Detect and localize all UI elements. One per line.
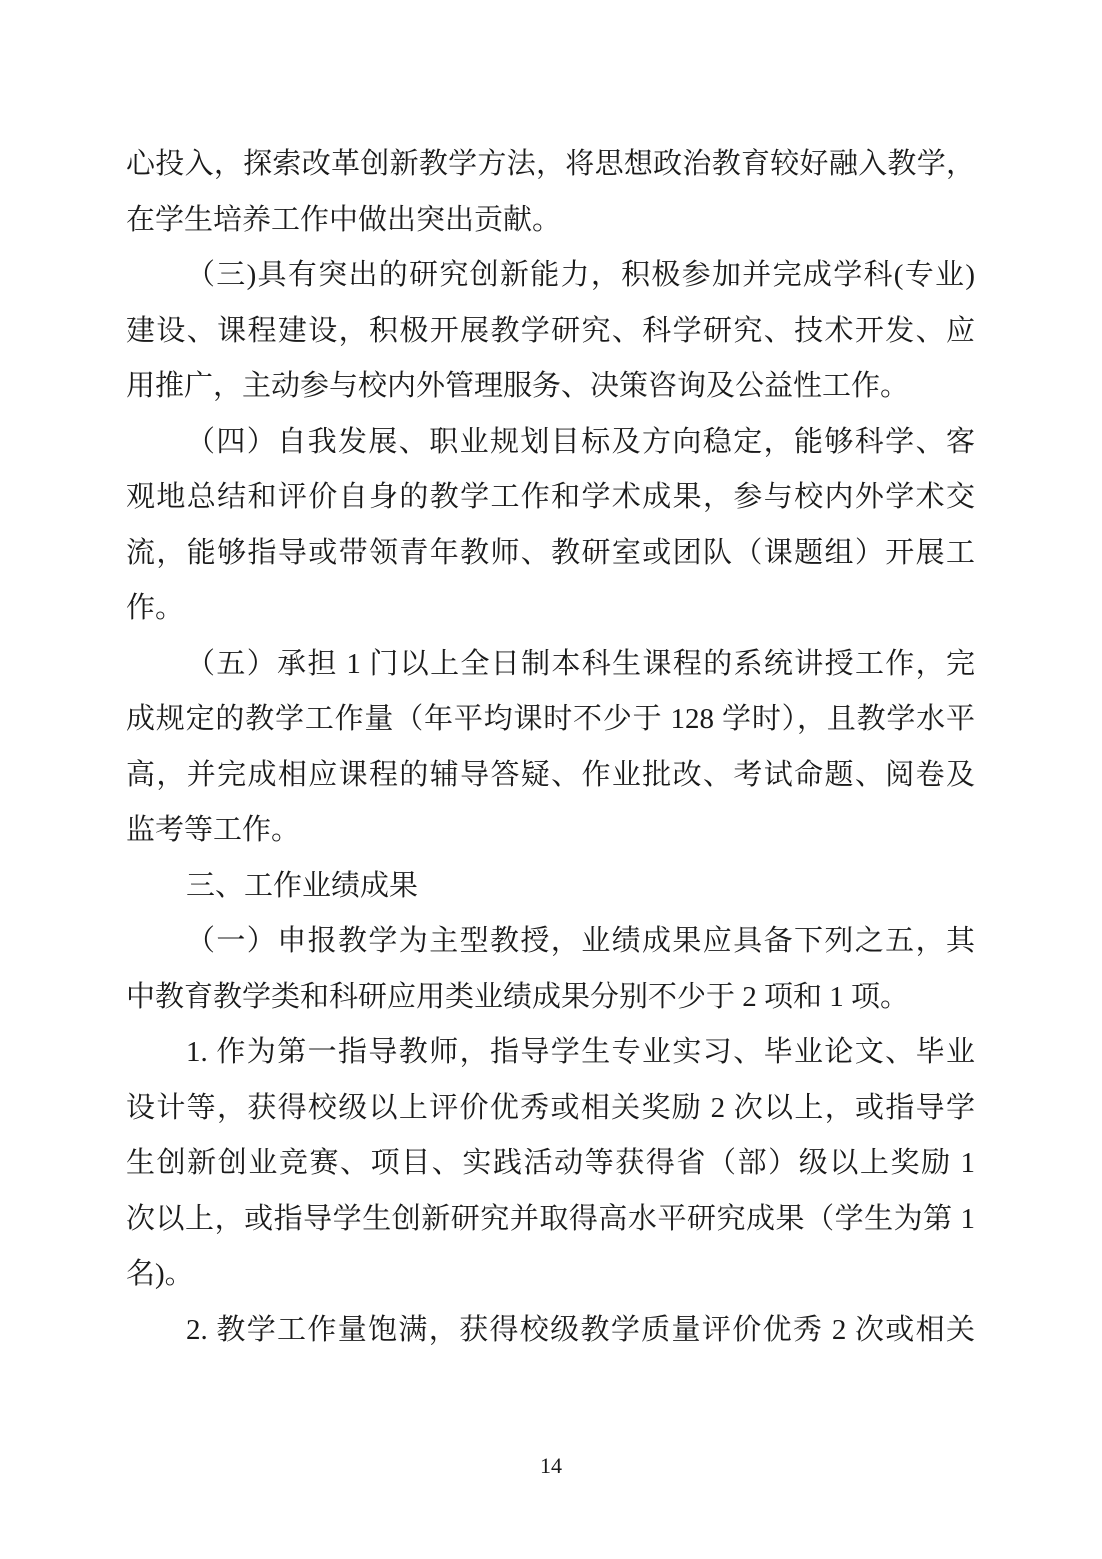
text-line: 设计等，获得校级以上评价优秀或相关奖励 2 次以上，或指导学 [126,1081,975,1137]
text-line: （一）申报教学为主型教授，业绩成果应具备下列之五，其 [126,914,975,970]
text-block: 心投入，探索改革创新教学方法，将思想政治教育较好融入教学， 在学生培养工作中做出… [126,137,975,1358]
text-line: 观地总结和评价自身的教学工作和学术成果，参与校内外学术交 [126,470,975,526]
text-line: 生创新创业竞赛、项目、实践活动等获得省（部）级以上奖励 1 [126,1136,975,1192]
section-heading: 三、工作业绩成果 [126,859,975,915]
text-line: 1. 作为第一指导教师，指导学生专业实习、毕业论文、毕业 [126,1025,975,1081]
text-line: 用推广，主动参与校内外管理服务、决策咨询及公益性工作。 [126,359,975,415]
text-line: 次以上，或指导学生创新研究并取得高水平研究成果（学生为第 1 [126,1192,975,1248]
text-line: （五）承担 1 门以上全日制本科生课程的系统讲授工作，完 [126,637,975,693]
text-line: （四）自我发展、职业规划目标及方向稳定，能够科学、客 [126,415,975,471]
document-page: 心投入，探索改革创新教学方法，将思想政治教育较好融入教学， 在学生培养工作中做出… [0,0,1102,1559]
text-line: 在学生培养工作中做出突出贡献。 [126,193,975,249]
text-line: 高，并完成相应课程的辅导答疑、作业批改、考试命题、阅卷及 [126,748,975,804]
text-line: （三)具有突出的研究创新能力，积极参加并完成学科(专业) [126,248,975,304]
text-line: 建设、课程建设，积极开展教学研究、科学研究、技术开发、应 [126,304,975,360]
text-line: 2. 教学工作量饱满，获得校级教学质量评价优秀 2 次或相关 [126,1303,975,1359]
text-line: 心投入，探索改革创新教学方法，将思想政治教育较好融入教学， [126,137,975,193]
text-line: 名)。 [126,1247,975,1303]
text-line: 流，能够指导或带领青年教师、教研室或团队（课题组）开展工 [126,526,975,582]
text-line: 监考等工作。 [126,803,975,859]
text-line: 中教育教学类和科研应用类业绩成果分别不少于 2 项和 1 项。 [126,970,975,1026]
page-number: 14 [0,1453,1102,1479]
text-line: 作。 [126,581,975,637]
text-line: 成规定的教学工作量（年平均课时不少于 128 学时），且教学水平 [126,692,975,748]
